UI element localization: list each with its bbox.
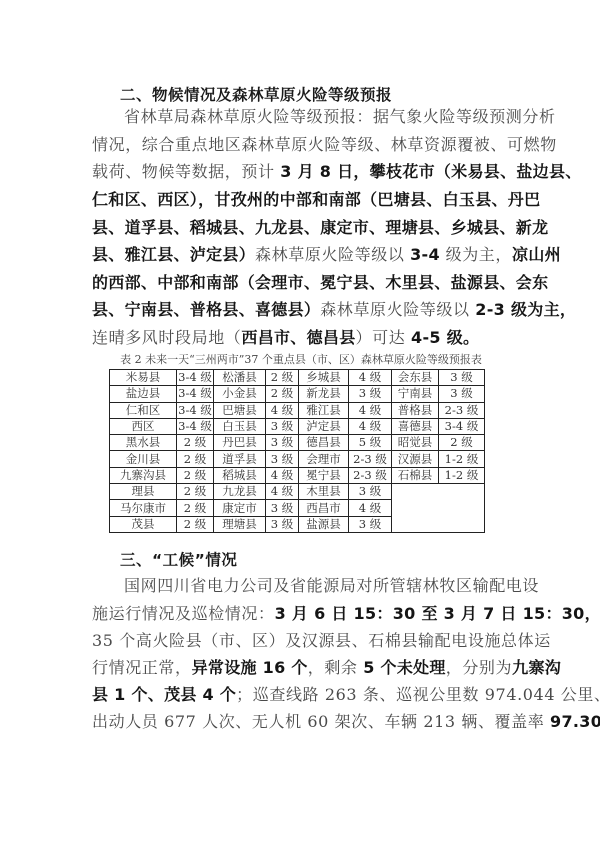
risk-level-cell: 3-4 级 — [177, 402, 214, 418]
county-cell: 泸定县 — [299, 418, 349, 434]
body-text: ）可达 — [356, 328, 412, 347]
risk-level-cell: 2 级 — [177, 435, 214, 451]
risk-level-cell: 4 级 — [266, 467, 299, 483]
paragraph-line: 出动人员 677 人次、无人机 60 架次、车辆 213 辆、覆盖率 97.30… — [92, 712, 522, 732]
body-text: ，分别为 — [446, 658, 512, 677]
bold-text: 仁和区、西区），甘孜州的中部和南部（巴塘县、白玉县、丹巴 — [92, 190, 540, 209]
bold-text: 3-4 — [410, 245, 440, 264]
risk-level-cell: 1-2 级 — [439, 467, 485, 483]
county-cell: 仁和区 — [110, 402, 177, 418]
body-text: 载荷、物候等数据，预计 — [92, 162, 280, 181]
county-cell: 德昌县 — [299, 435, 349, 451]
body-text: 出动人员 677 人次、无人机 60 架次、车辆 213 辆、覆盖率 — [92, 712, 550, 731]
bold-text: 的西部、中部和南部（会理市、冕宁县、木里县、盐源县、会东 — [92, 273, 548, 292]
body-text: 连晴多风时段局地（ — [92, 328, 241, 347]
county-cell: 汉源县 — [392, 451, 439, 467]
county-cell: 喜德县 — [392, 418, 439, 434]
paragraph-line: 载荷、物候等数据，预计 3 月 8 日，攀枝花市（米易县、盐边县、 — [92, 162, 522, 182]
risk-level-cell: 4 级 — [349, 402, 392, 418]
risk-level-cell: 4 级 — [349, 370, 392, 386]
paragraph-line: 县 1 个、茂县 4 个；巡查线路 263 条、巡视公里数 974.044 公里… — [92, 685, 522, 705]
county-cell: 九龙县 — [214, 484, 266, 500]
county-cell: 丹巴县 — [214, 435, 266, 451]
risk-level-cell: 2 级 — [177, 484, 214, 500]
section-2-heading: 二、物候情况及森林草原火险等级预报 — [120, 83, 392, 105]
bold-text: 3 月 6 日 15：30 至 3 月 7 日 15：30， — [275, 604, 600, 623]
bold-text: 西昌市、德昌县 — [241, 328, 355, 347]
table-row: 九寨沟县2 级稻城县4 级冕宁县2-3 级石棉县1-2 级 — [110, 467, 485, 483]
risk-level-cell: 4 级 — [266, 402, 299, 418]
body-text: 森林草原火险等级以 — [320, 300, 475, 319]
paragraph-line: 35 个高火险县（市、区）及汉源县、石棉县输配电设施总体运 — [92, 631, 522, 651]
county-cell: 理县 — [110, 484, 177, 500]
county-cell: 小金县 — [214, 386, 266, 402]
bold-text: 九寨沟 — [512, 658, 561, 677]
bold-text: 县 1 个、茂县 4 个 — [92, 685, 236, 704]
county-cell: 石棉县 — [392, 467, 439, 483]
risk-level-cell: 3 级 — [266, 500, 299, 516]
table-row: 仁和区3-4 级巴塘县4 级雅江县4 级普格县2-3 级 — [110, 402, 485, 418]
body-text: 35 个高火险县（市、区）及汉源县、石棉县输配电设施总体运 — [92, 631, 551, 650]
county-cell: 昭觉县 — [392, 435, 439, 451]
county-cell: 理塘县 — [214, 516, 266, 532]
county-cell: 马尔康市 — [110, 500, 177, 516]
risk-level-cell: 2 级 — [177, 467, 214, 483]
risk-level-cell: 2 级 — [439, 435, 485, 451]
risk-level-cell: 3 级 — [266, 418, 299, 434]
paragraph-line: 县、雅江县、泸定县）森林草原火险等级以 3-4 级为主，凉山州 — [92, 245, 522, 265]
bold-text: 县、雅江县、泸定县） — [92, 245, 255, 264]
risk-level-cell: 2-3 级 — [439, 402, 485, 418]
county-cell: 会理市 — [299, 451, 349, 467]
risk-level-cell: 4 级 — [349, 418, 392, 434]
paragraph-line: 县、道孚县、稻城县、九龙县、康定市、理塘县、乡城县、新龙 — [92, 218, 522, 238]
risk-level-cell: 2 级 — [266, 370, 299, 386]
county-cell: 冕宁县 — [299, 467, 349, 483]
document-page: 二、物候情况及森林草原火险等级预报 省林草局森林草原火险等级预报：据气象火险等级… — [0, 0, 600, 848]
risk-level-cell: 1-2 级 — [439, 451, 485, 467]
table-row: 理县2 级九龙县4 级木里县3 级 — [110, 484, 485, 500]
risk-level-cell: 3-4 级 — [177, 370, 214, 386]
bold-text: 97.30%。 — [550, 712, 600, 731]
risk-level-cell: 2 级 — [177, 516, 214, 532]
county-cell: 普格县 — [392, 402, 439, 418]
risk-level-cell: 2 级 — [177, 500, 214, 516]
table-row: 黑水县2 级丹巴县3 级德昌县5 级昭觉县2 级 — [110, 435, 485, 451]
risk-level-cell: 2-3 级 — [349, 467, 392, 483]
risk-level-cell: 2 级 — [177, 451, 214, 467]
bold-text: 4-5 级。 — [411, 328, 479, 347]
risk-level-cell: 3 级 — [349, 484, 392, 500]
fire-risk-table: 米易县3-4 级松潘县2 级乡城县4 级会东县3 级盐边县3-4 级小金县2 级… — [109, 369, 485, 533]
paragraph-line: 连晴多风时段局地（西昌市、德昌县）可达 4-5 级。 — [92, 328, 522, 348]
body-text: 施运行情况及巡检情况： — [92, 604, 275, 623]
paragraph-line: 县、宁南县、普格县、喜德县）森林草原火险等级以 2-3 级为主， — [92, 300, 522, 320]
county-cell: 宁南县 — [392, 386, 439, 402]
risk-level-cell: 3 级 — [439, 370, 485, 386]
bold-text: 2-3 级为主， — [475, 300, 576, 319]
risk-level-cell: 4 级 — [266, 484, 299, 500]
county-cell: 道孚县 — [214, 451, 266, 467]
risk-level-cell: 3 级 — [266, 451, 299, 467]
table-row: 盐边县3-4 级小金县2 级新龙县3 级宁南县3 级 — [110, 386, 485, 402]
section-3-heading: 三、“工候”情况 — [120, 548, 237, 570]
body-text: ，剩余 — [308, 658, 364, 677]
paragraph-line: 仁和区、西区），甘孜州的中部和南部（巴塘县、白玉县、丹巴 — [92, 190, 522, 210]
empty-cell — [392, 484, 485, 533]
risk-level-cell: 3 级 — [349, 386, 392, 402]
body-text: 情况，综合重点地区森林草原火险等级、林草资源覆被、可燃物 — [92, 135, 557, 154]
county-cell: 乡城县 — [299, 370, 349, 386]
county-cell: 黑水县 — [110, 435, 177, 451]
body-text: 国网四川省电力公司及省能源局对所管辖林牧区输配电设 — [124, 576, 539, 595]
county-cell: 盐源县 — [299, 516, 349, 532]
county-cell: 康定市 — [214, 500, 266, 516]
risk-level-cell: 2 级 — [266, 386, 299, 402]
county-cell: 松潘县 — [214, 370, 266, 386]
county-cell: 新龙县 — [299, 386, 349, 402]
body-text: 森林草原火险等级以 — [255, 245, 410, 264]
body-text: 省林草局森林草原火险等级预报：据气象火险等级预测分析 — [124, 107, 556, 126]
body-text: 级为主， — [440, 245, 512, 264]
county-cell: 西区 — [110, 418, 177, 434]
bold-text: 5 个未处理 — [363, 658, 446, 677]
paragraph-line: 国网四川省电力公司及省能源局对所管辖林牧区输配电设 — [124, 576, 522, 596]
county-cell: 九寨沟县 — [110, 467, 177, 483]
table-row: 金川县2 级道孚县3 级会理市2-3 级汉源县1-2 级 — [110, 451, 485, 467]
county-cell: 白玉县 — [214, 418, 266, 434]
risk-level-cell: 3-4 级 — [177, 418, 214, 434]
bold-text: 县、道孚县、稻城县、九龙县、康定市、理塘县、乡城县、新龙 — [92, 218, 548, 237]
county-cell: 盐边县 — [110, 386, 177, 402]
risk-level-cell: 3 级 — [349, 516, 392, 532]
risk-level-cell: 4 级 — [349, 500, 392, 516]
risk-level-cell: 3-4 级 — [177, 386, 214, 402]
bold-text: 异常设施 16 个 — [192, 658, 308, 677]
county-cell: 稻城县 — [214, 467, 266, 483]
county-cell: 金川县 — [110, 451, 177, 467]
risk-level-cell: 3 级 — [266, 435, 299, 451]
table-row: 西区3-4 级白玉县3 级泸定县4 级喜德县3-4 级 — [110, 418, 485, 434]
county-cell: 巴塘县 — [214, 402, 266, 418]
bold-text: 凉山州 — [512, 245, 561, 264]
risk-level-cell: 5 级 — [349, 435, 392, 451]
body-text: ；巡查线路 263 条、巡视公里数 974.044 公里、 — [236, 685, 600, 704]
paragraph-line: 情况，综合重点地区森林草原火险等级、林草资源覆被、可燃物 — [92, 135, 522, 155]
county-cell: 西昌市 — [299, 500, 349, 516]
paragraph-line: 施运行情况及巡检情况：3 月 6 日 15：30 至 3 月 7 日 15：30… — [92, 604, 522, 624]
paragraph-line: 省林草局森林草原火险等级预报：据气象火险等级预测分析 — [124, 107, 522, 127]
county-cell: 木里县 — [299, 484, 349, 500]
body-text: 行情况正常， — [92, 658, 192, 677]
county-cell: 雅江县 — [299, 402, 349, 418]
bold-text: 3 月 8 日，攀枝花市（米易县、盐边县、 — [280, 162, 581, 181]
risk-level-cell: 3 级 — [439, 386, 485, 402]
risk-level-cell: 2-3 级 — [349, 451, 392, 467]
risk-level-cell: 3-4 级 — [439, 418, 485, 434]
paragraph-line: 的西部、中部和南部（会理市、冕宁县、木里县、盐源县、会东 — [92, 273, 522, 293]
table-row: 米易县3-4 级松潘县2 级乡城县4 级会东县3 级 — [110, 370, 485, 386]
risk-level-cell: 3 级 — [266, 516, 299, 532]
table-caption: 表 2 未来一天“三州两市”37 个重点县（市、区）森林草原火险等级预报表 — [96, 351, 506, 367]
county-cell: 米易县 — [110, 370, 177, 386]
bold-text: 县、宁南县、普格县、喜德县） — [92, 300, 320, 319]
county-cell: 会东县 — [392, 370, 439, 386]
paragraph-line: 行情况正常，异常设施 16 个，剩余 5 个未处理，分别为九寨沟 — [92, 658, 522, 678]
county-cell: 茂县 — [110, 516, 177, 532]
